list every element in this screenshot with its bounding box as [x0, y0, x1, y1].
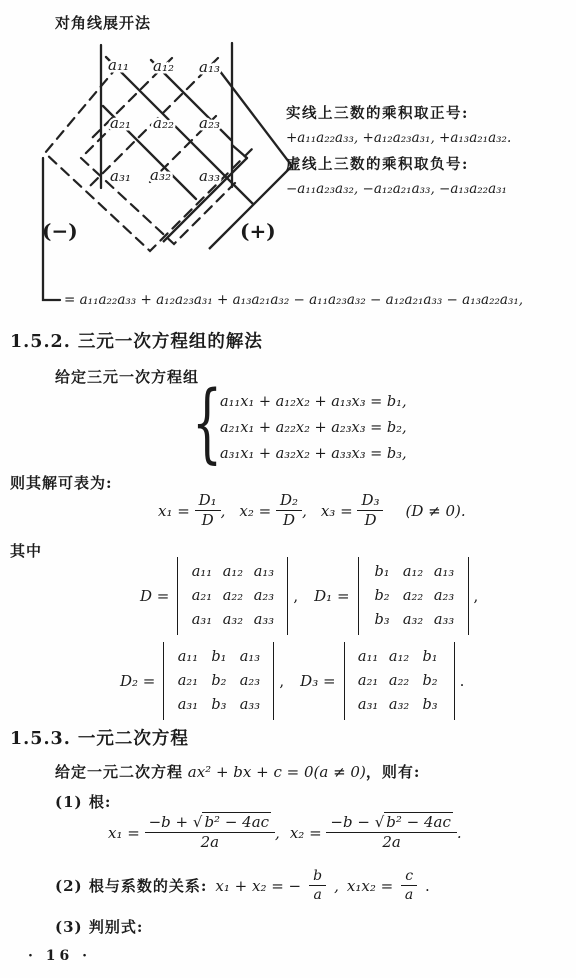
fraction-denominator: a [405, 886, 413, 903]
separator: , [279, 672, 284, 690]
separator: , [221, 502, 226, 520]
rule-note: 实线上三数的乘积取正号: +a₁₁a₂₂a₃₃, +a₁₂a₂₃a₃₁, +a₁… [286, 102, 511, 204]
matrix-entry-a32: a₃₂ [150, 166, 171, 184]
matrix-entry-a23: a₂₃ [199, 114, 220, 132]
item-discriminant-label: (3) 判别式: [55, 916, 143, 937]
separator: , [334, 877, 339, 895]
system-equation-1: a₁₁x₁ + a₁₂x₂ + a₁₃x₃ = b₁, [220, 389, 407, 415]
system-brace: { [192, 383, 222, 463]
minus-sign-label: (−) [42, 219, 78, 243]
then-text: ，则有: [366, 763, 421, 781]
matrix-entry-a31: a₃₁ [110, 167, 131, 185]
page-number: · 16 · [28, 948, 91, 964]
separator: , [474, 587, 479, 605]
positive-rule-text: 实线上三数的乘积取正号: [286, 102, 511, 123]
quadratic-given-line: 给定一元二次方程 ax² + bx + c = 0(a ≠ 0)，则有: [55, 761, 420, 782]
separator: . [460, 672, 465, 690]
solution-intro-text: 则其解可表为: [10, 472, 113, 493]
cramer-solutions-line: x₁ = D₁D , x₂ = D₂D , x₃ = D₃D (D ≠ 0). [158, 492, 466, 530]
numerator-prefix: −b + √ [149, 813, 203, 831]
solution-lhs: x₁ = [158, 502, 190, 520]
determinant-definitions-row2: D₂ = a₁₁b₁a₁₃a₂₁b₂a₂₃a₃₁b₃a₃₃ , D₃ = a₁₁… [120, 642, 480, 720]
sum-relation: x₁ + x₂ = − [215, 877, 301, 895]
separator: . [457, 824, 462, 842]
fraction-denominator: 2a [201, 833, 220, 851]
period: . [425, 877, 430, 895]
determinant-matrix-D: a₁₁a₁₂a₁₃a₂₁a₂₂a₂₃a₃₁a₃₂a₃₃ [177, 557, 288, 635]
separator: , [293, 587, 298, 605]
fraction-denominator: D [364, 511, 376, 529]
solution-x2: x₂ = D₂D , [239, 492, 306, 530]
negative-rule-text: 虚线上三数的乘积取负号: [286, 153, 511, 174]
matrix-entry-a21: a₂₁ [110, 114, 131, 132]
plus-sign-label: (+) [240, 219, 276, 243]
determinant-name-D1: D₁ = [314, 587, 349, 605]
quadratic-equation: ax² + bx + c = 0(a ≠ 0) [183, 763, 366, 781]
radicand: b² − 4ac [202, 812, 271, 831]
fraction-numerator: D₃ [357, 492, 383, 511]
section-1-5-2-heading: 1.5.2. 三元一次方程组的解法 [10, 328, 263, 353]
equation-system: { a₁₁x₁ + a₁₂x₂ + a₁₃x₃ = b₁, a₂₁x₁ + a₂… [196, 389, 407, 467]
separator: , [302, 502, 307, 520]
matrix-entry-a22: a₂₂ [153, 114, 174, 132]
solution-lhs: x₃ = [321, 502, 353, 520]
fraction-numerator: b [309, 868, 326, 886]
fraction-numerator: D₂ [276, 492, 302, 511]
section-1-5-3-heading: 1.5.3. 一元二次方程 [10, 725, 189, 750]
root-x1: x₁ = −b + √b² − 4ac2a , [108, 814, 280, 852]
determinant-matrix-D3: a₁₁a₁₂b₁a₂₁a₂₂b₂a₃₁a₃₂b₃ [344, 642, 455, 720]
separator: , [275, 824, 280, 842]
negative-terms: −a₁₁a₂₃a₃₂, −a₁₂a₂₁a₃₃, −a₁₃a₂₂a₃₁ [286, 181, 511, 197]
fraction-denominator: D [283, 511, 295, 529]
root-lhs: x₁ = [108, 824, 140, 842]
numerator-prefix: −b − √ [330, 813, 384, 831]
relation-label: (2) 根与系数的关系: [55, 875, 207, 896]
determinant-name-D3: D₃ = [300, 672, 335, 690]
product-relation: x₁x₂ = [347, 877, 393, 895]
quadratic-roots-line: x₁ = −b + √b² − 4ac2a , x₂ = −b − √b² − … [108, 814, 462, 852]
system-equation-2: a₂₁x₁ + a₂₂x₂ + a₂₃x₃ = b₂, [220, 415, 407, 441]
determinant-expansion-formula: = a₁₁a₂₂a₃₃ + a₁₂a₂₃a₃₁ + a₁₃a₂₁a₃₂ − a₁… [64, 292, 523, 308]
matrix-entry-a12: a₁₂ [153, 57, 174, 75]
fraction-numerator: D₁ [195, 492, 221, 511]
determinant-matrix-D1: b₁a₁₂a₁₃b₂a₂₂a₂₃b₃a₃₂a₃₃ [358, 557, 469, 635]
determinant-name-D: D = [140, 587, 169, 605]
root-lhs: x₂ = [290, 824, 322, 842]
fraction-denominator: a [313, 886, 321, 903]
radicand: b² − 4ac [384, 812, 453, 831]
given-text: 给定一元二次方程 [55, 763, 183, 781]
where-text: 其中 [10, 540, 42, 561]
matrix-entry-a13: a₁₃ [199, 58, 220, 76]
solution-x1: x₁ = D₁D , [158, 492, 225, 530]
nonzero-condition: (D ≠ 0). [405, 502, 465, 520]
solution-x3: x₃ = D₃D [321, 492, 384, 530]
item-roots-label: (1) 根: [55, 791, 111, 812]
root-x2: x₂ = −b − √b² − 4ac2a . [290, 814, 462, 852]
determinant-definitions-row1: D = a₁₁a₁₂a₁₃a₂₁a₂₂a₂₃a₃₁a₃₂a₃₃ , D₁ = b… [140, 557, 494, 635]
roots-coefficients-relation-line: (2) 根与系数的关系: x₁ + x₂ = − ba , x₁x₂ = ca … [55, 868, 430, 903]
determinant-matrix-D2: a₁₁b₁a₁₃a₂₁b₂a₂₃a₃₁b₃a₃₃ [163, 642, 274, 720]
system-intro-text: 给定三元一次方程组 [55, 366, 199, 387]
fraction-denominator: 2a [382, 833, 401, 851]
positive-terms: +a₁₁a₂₂a₃₃, +a₁₂a₂₃a₃₁, +a₁₃a₂₁a₃₂. [286, 130, 511, 146]
fraction-numerator: c [401, 868, 417, 886]
determinant-name-D2: D₂ = [120, 672, 155, 690]
fraction-denominator: D [202, 511, 214, 529]
matrix-entry-a33: a₃₃ [199, 167, 220, 185]
system-equation-3: a₃₁x₁ + a₃₂x₂ + a₃₃x₃ = b₃, [220, 441, 407, 467]
book-page: 对角线展开法 a₁₁ a₁₂ a₁₃ a₂₁ a₂ [0, 0, 576, 978]
solution-lhs: x₂ = [239, 502, 271, 520]
matrix-entry-a11: a₁₁ [108, 56, 129, 74]
